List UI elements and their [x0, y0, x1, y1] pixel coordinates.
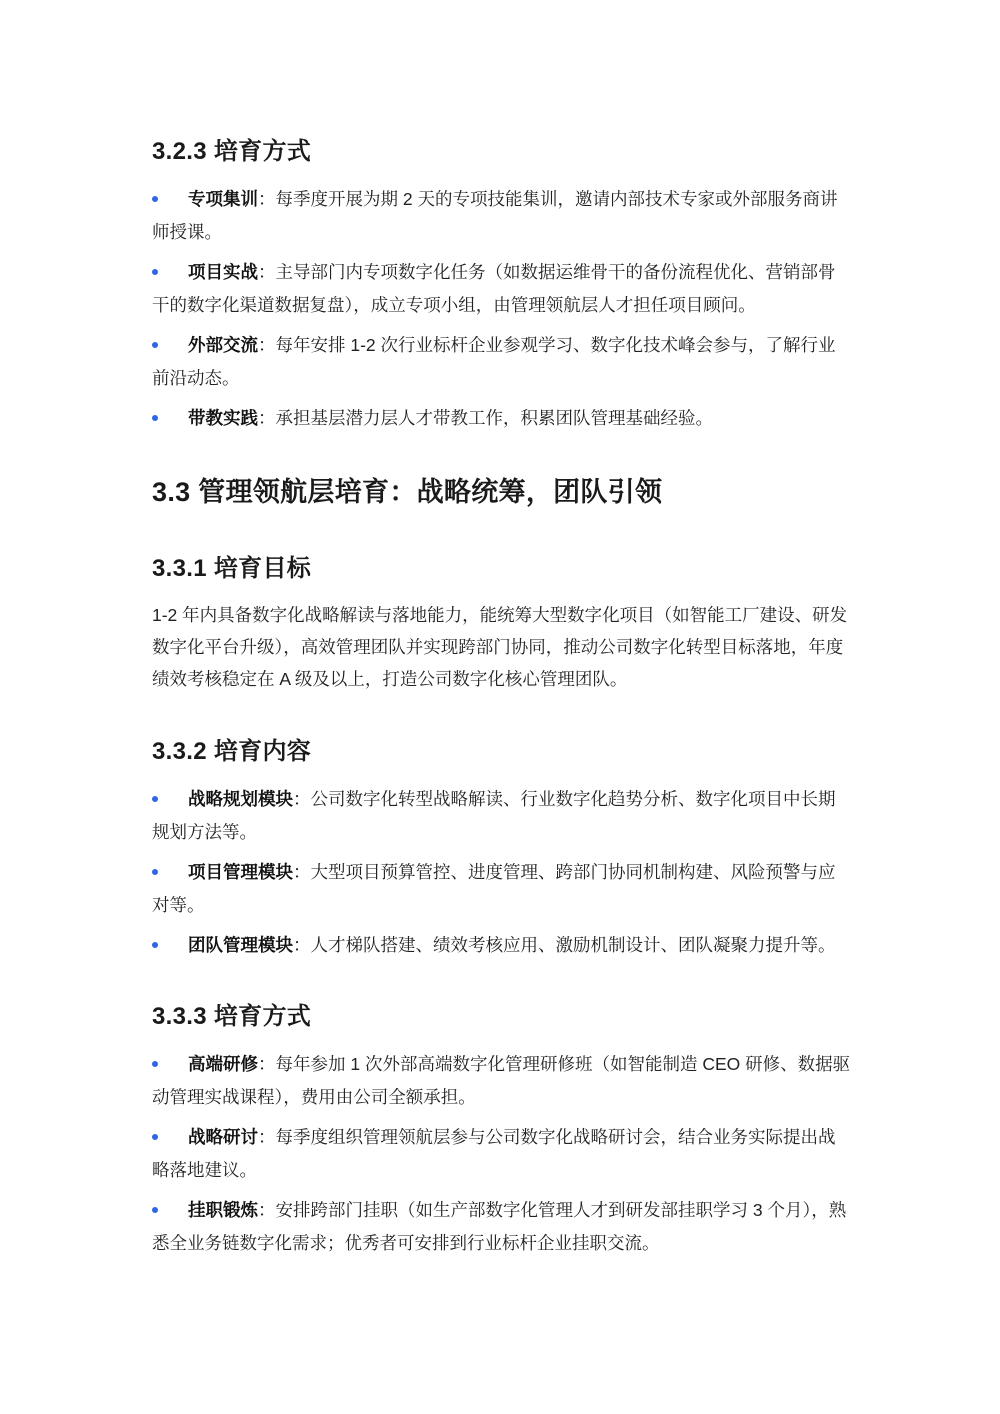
item-sep: ： — [293, 935, 311, 955]
list-item-waibu-jiaoliu: 外部交流：每年安排 1-2 次行业标杆企业参观学习、数字化技术峰会参与，了解行业… — [152, 329, 852, 394]
item-term: 项目管理模块 — [188, 862, 293, 882]
bullet-icon — [152, 330, 188, 362]
bullet-icon — [152, 184, 188, 216]
bullet-icon — [152, 1195, 188, 1227]
list-item-xiangmu-guanli: 项目管理模块：大型项目预算管控、进度管理、跨部门协同机制构建、风险预警与应对等。 — [152, 856, 852, 921]
item-sep: ： — [258, 189, 276, 209]
item-sep: ： — [293, 862, 311, 882]
list-item-guazhi-duanlian: 挂职锻炼：安排跨部门挂职（如生产部数字化管理人才到研发部挂职学习 3 个月），熟… — [152, 1194, 852, 1259]
list-item-zhanlue-yantao: 战略研讨：每季度组织管理领航层参与公司数字化战略研讨会，结合业务实际提出战略落地… — [152, 1121, 852, 1186]
bullet-icon — [152, 403, 188, 435]
item-term: 专项集训 — [188, 189, 258, 209]
item-term: 挂职锻炼 — [188, 1200, 258, 1220]
bullet-icon — [152, 257, 188, 289]
list-item-gaoduan-yanxiu: 高端研修：每年参加 1 次外部高端数字化管理研修班（如智能制造 CEO 研修、数… — [152, 1048, 852, 1113]
heading-3-2-3: 3.2.3 培育方式 — [152, 131, 311, 166]
paragraph-goal: 1-2 年内具备数字化战略解读与落地能力，能统筹大型数字化项目（如智能工厂建设、… — [152, 599, 852, 695]
bullet-icon — [152, 1049, 188, 1081]
list-item-xiangmu-shizhan: 项目实战：主导部门内专项数字化任务（如数据运维骨干的备份流程优化、营销部骨干的数… — [152, 256, 852, 321]
heading-3-3-2: 3.3.2 培育内容 — [152, 731, 311, 766]
heading-3-3-3: 3.3.3 培育方式 — [152, 996, 311, 1031]
item-term: 项目实战 — [188, 262, 258, 282]
item-sep: ： — [258, 408, 276, 428]
item-term: 高端研修 — [188, 1054, 258, 1074]
list-item-daijiao-shijian: 带教实践：承担基层潜力层人才带教工作，积累团队管理基础经验。 — [152, 402, 852, 435]
bullet-icon — [152, 784, 188, 816]
item-term: 团队管理模块 — [188, 935, 293, 955]
list-item-tuandui-guanli: 团队管理模块：人才梯队搭建、绩效考核应用、激励机制设计、团队凝聚力提升等。 — [152, 929, 852, 962]
item-term: 带教实践 — [188, 408, 258, 428]
heading-3-3-1: 3.3.1 培育目标 — [152, 548, 311, 583]
item-term: 战略研讨 — [188, 1127, 258, 1147]
item-sep: ： — [258, 262, 276, 282]
item-term: 外部交流 — [188, 335, 258, 355]
bullet-icon — [152, 1122, 188, 1154]
list-item-zhanlue-guihua: 战略规划模块：公司数字化转型战略解读、行业数字化趋势分析、数字化项目中长期规划方… — [152, 783, 852, 848]
item-text: 承担基层潜力层人才带教工作，积累团队管理基础经验。 — [276, 408, 714, 428]
item-text: 人才梯队搭建、绩效考核应用、激励机制设计、团队凝聚力提升等。 — [311, 935, 836, 955]
bullet-icon — [152, 857, 188, 889]
item-sep: ： — [258, 335, 276, 355]
item-sep: ： — [258, 1054, 276, 1074]
item-sep: ： — [258, 1127, 276, 1147]
item-term: 战略规划模块 — [188, 789, 293, 809]
bullet-icon — [152, 930, 188, 962]
item-sep: ： — [258, 1200, 276, 1220]
list-item-zhuanxiang-jixun: 专项集训：每季度开展为期 2 天的专项技能集训，邀请内部技术专家或外部服务商讲师… — [152, 183, 852, 248]
heading-3-3: 3.3 管理领航层培育：战略统筹，团队引领 — [152, 470, 662, 509]
item-sep: ： — [293, 789, 311, 809]
